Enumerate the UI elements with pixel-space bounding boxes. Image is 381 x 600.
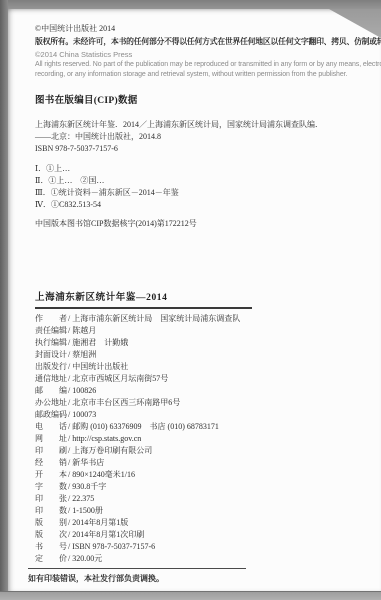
cip-record-number: 中国版本图书馆CIP数据核字(2014)第172212号 [35,218,197,230]
colophon-label: 办公地址 [35,397,67,409]
book-photo: ©中国统计出版社 2014 版权所有。未经许可，本书的任何部分不得以任何方式在世… [0,0,381,600]
colophon-value: ISBN 978-7-5037-7157-6 [72,542,155,551]
publisher-copyright-line-en: ©2014 China Statistics Press [35,50,381,60]
colophon-label: 印张 [35,493,67,505]
colophon-separator: / [68,505,70,517]
colophon-label: 通信地址 [35,373,67,385]
colophon-label: 邮政编码 [35,409,67,421]
cip-entry: 上海浦东新区统计年鉴．2014／上海浦东新区统计局，国家统计局浦东调查队编． —… [35,119,381,155]
colophon-row: 印张/22.375 [35,493,365,505]
colophon-separator: / [68,349,70,361]
colophon-row: 电话/邮购 (010) 63376909 书店 (010) 68783171 [35,421,365,433]
copyright-page: ©中国统计出版社 2014 版权所有。未经许可，本书的任何部分不得以任何方式在世… [8,9,381,591]
colophon-value: 北京市西城区月坛南街57号 [72,374,168,383]
colophon-label: 邮编 [35,385,67,397]
colophon-row: 通信地址/北京市西城区月坛南街57号 [35,373,365,385]
colophon-value: 蔡旭洲 [72,350,96,359]
colophon-row: 网址/http://csp.stats.gov.cn [35,433,365,445]
publisher-copyright-line: ©中国统计出版社 2014 [35,22,381,35]
colophon-separator: / [68,421,70,433]
colophon-label: 版次 [35,529,67,541]
colophon-label: 作者 [35,313,67,325]
copyright-block: ©中国统计出版社 2014 版权所有。未经许可，本书的任何部分不得以任何方式在世… [35,22,381,79]
colophon-row: 经销/新华书店 [35,457,365,469]
colophon-label: 出版发行 [35,361,67,373]
colophon-separator: / [68,373,70,385]
colophon-row: 责任编辑/陈越月 [35,325,365,337]
background-strip-top [0,0,381,9]
colophon-value: http://csp.stats.gov.cn [72,434,141,443]
colophon-value: 北京市丰台区西三环南路甲6号 [72,398,180,407]
background-strip-left [0,0,8,600]
colophon-rows: 作者/上海市浦东新区统计局 国家统计局浦东调查队 责任编辑/陈越月 执行编辑/施… [35,313,365,565]
colophon-label: 版别 [35,517,67,529]
copyright-notice-en: All rights reserved. No part of the publ… [35,60,381,79]
colophon-value: 1-1500册 [72,506,103,515]
colophon-separator: / [68,433,70,445]
colophon-label: 经销 [35,457,67,469]
cip-classification-line: Ⅱ．①上… ②国… [35,175,381,187]
colophon-value: 新华书店 [72,458,104,467]
colophon-row: 出版发行/中国统计出版社 [35,361,365,373]
cip-classification-line: Ⅲ．①统计资料－浦东新区－2014－年鉴 [35,187,381,199]
colophon-value: 22.375 [72,494,94,503]
colophon-label: 责任编辑 [35,325,67,337]
colophon-separator: / [68,541,70,553]
cip-classification: Ⅰ．①上… Ⅱ．①上… ②国… Ⅲ．①统计资料－浦东新区－2014－年鉴 Ⅳ．①… [35,163,381,211]
colophon-row: 邮编/100826 [35,385,365,397]
footer-divider [28,568,246,569]
colophon-label: 定价 [35,553,67,565]
cip-entry-line: ISBN 978-7-5037-7157-6 [35,143,381,155]
colophon-separator: / [68,337,70,349]
colophon-value: 2014年8月第1版 [72,518,128,527]
colophon-row: 书号/ISBN 978-7-5037-7157-6 [35,541,365,553]
colophon-value: 100073 [72,410,96,419]
colophon-separator: / [68,517,70,529]
colophon-separator: / [68,385,70,397]
colophon-row: 作者/上海市浦东新区统计局 国家统计局浦东调查队 [35,313,365,325]
colophon-label: 电话 [35,421,67,433]
colophon-separator: / [68,457,70,469]
colophon-row: 办公地址/北京市丰台区西三环南路甲6号 [35,397,365,409]
colophon-separator: / [68,397,70,409]
colophon-separator: / [68,445,70,457]
cip-block: 图书在版编目(CIP)数据 上海浦东新区统计年鉴．2014／上海浦东新区统计局，… [35,95,381,211]
colophon-label: 封面设计 [35,349,67,361]
cip-entry-line: 上海浦东新区统计年鉴．2014／上海浦东新区统计局，国家统计局浦东调查队编． [35,119,381,131]
colophon-row: 开本/890×1240毫米1/16 [35,469,365,481]
colophon-separator: / [68,313,70,325]
colophon-separator: / [68,325,70,337]
colophon-row: 执行编辑/施湘君 计勤娥 [35,337,365,349]
colophon-separator: / [68,481,70,493]
cip-classification-line: Ⅰ．①上… [35,163,381,175]
colophon-value: 2014年8月第1次印刷 [72,530,144,539]
colophon-row: 版别/2014年8月第1版 [35,517,365,529]
background-strip-bottom [0,591,381,600]
colophon-value: 陈越月 [72,326,96,335]
colophon-separator: / [68,409,70,421]
colophon-value: 邮购 (010) 63376909 书店 (010) 68783171 [72,422,219,431]
colophon-label: 印数 [35,505,67,517]
colophon-row: 封面设计/蔡旭洲 [35,349,365,361]
colophon-value: 890×1240毫米1/16 [72,470,135,479]
cip-heading: 图书在版编目(CIP)数据 [35,95,381,107]
colophon-label: 印刷 [35,445,67,457]
colophon-label: 书号 [35,541,67,553]
colophon-row: 版次/2014年8月第1次印刷 [35,529,365,541]
colophon-label: 字数 [35,481,67,493]
colophon-separator: / [68,529,70,541]
colophon-separator: / [68,469,70,481]
colophon-block: 上海浦东新区统计年鉴—2014 作者/上海市浦东新区统计局 国家统计局浦东调查队… [35,293,365,565]
colophon-value: 施湘君 计勤娥 [72,338,128,347]
colophon-value: 100826 [72,386,96,395]
colophon-value: 320.00元 [72,554,102,563]
colophon-label: 开本 [35,469,67,481]
colophon-separator: / [68,361,70,373]
colophon-value: 930.8千字 [72,482,106,491]
colophon-label: 网址 [35,433,67,445]
colophon-row: 字数/930.8千字 [35,481,365,493]
colophon-label: 执行编辑 [35,337,67,349]
title-divider [35,307,252,309]
colophon-row: 定价/320.00元 [35,553,365,565]
colophon-row: 印刷/上海万卷印刷有限公司 [35,445,365,457]
cip-entry-line: ——北京：中国统计出版社，2014.8 [35,131,381,143]
colophon-value: 上海万卷印刷有限公司 [72,446,152,455]
colophon-row: 印数/1-1500册 [35,505,365,517]
colophon-value: 上海市浦东新区统计局 国家统计局浦东调查队 [72,314,240,323]
colophon-separator: / [68,493,70,505]
copyright-notice-cn: 版权所有。未经许可，本书的任何部分不得以任何方式在世界任何地区以任何文字翻印、拷… [35,35,381,48]
colophon-row: 邮政编码/100073 [35,409,365,421]
colophon-separator: / [68,553,70,565]
cip-classification-line: Ⅳ．①C832.513-54 [35,199,381,211]
colophon-value: 中国统计出版社 [72,362,128,371]
errata-note: 如有印装错误，本社发行部负责调换。 [28,573,164,585]
book-title: 上海浦东新区统计年鉴—2014 [35,293,365,303]
